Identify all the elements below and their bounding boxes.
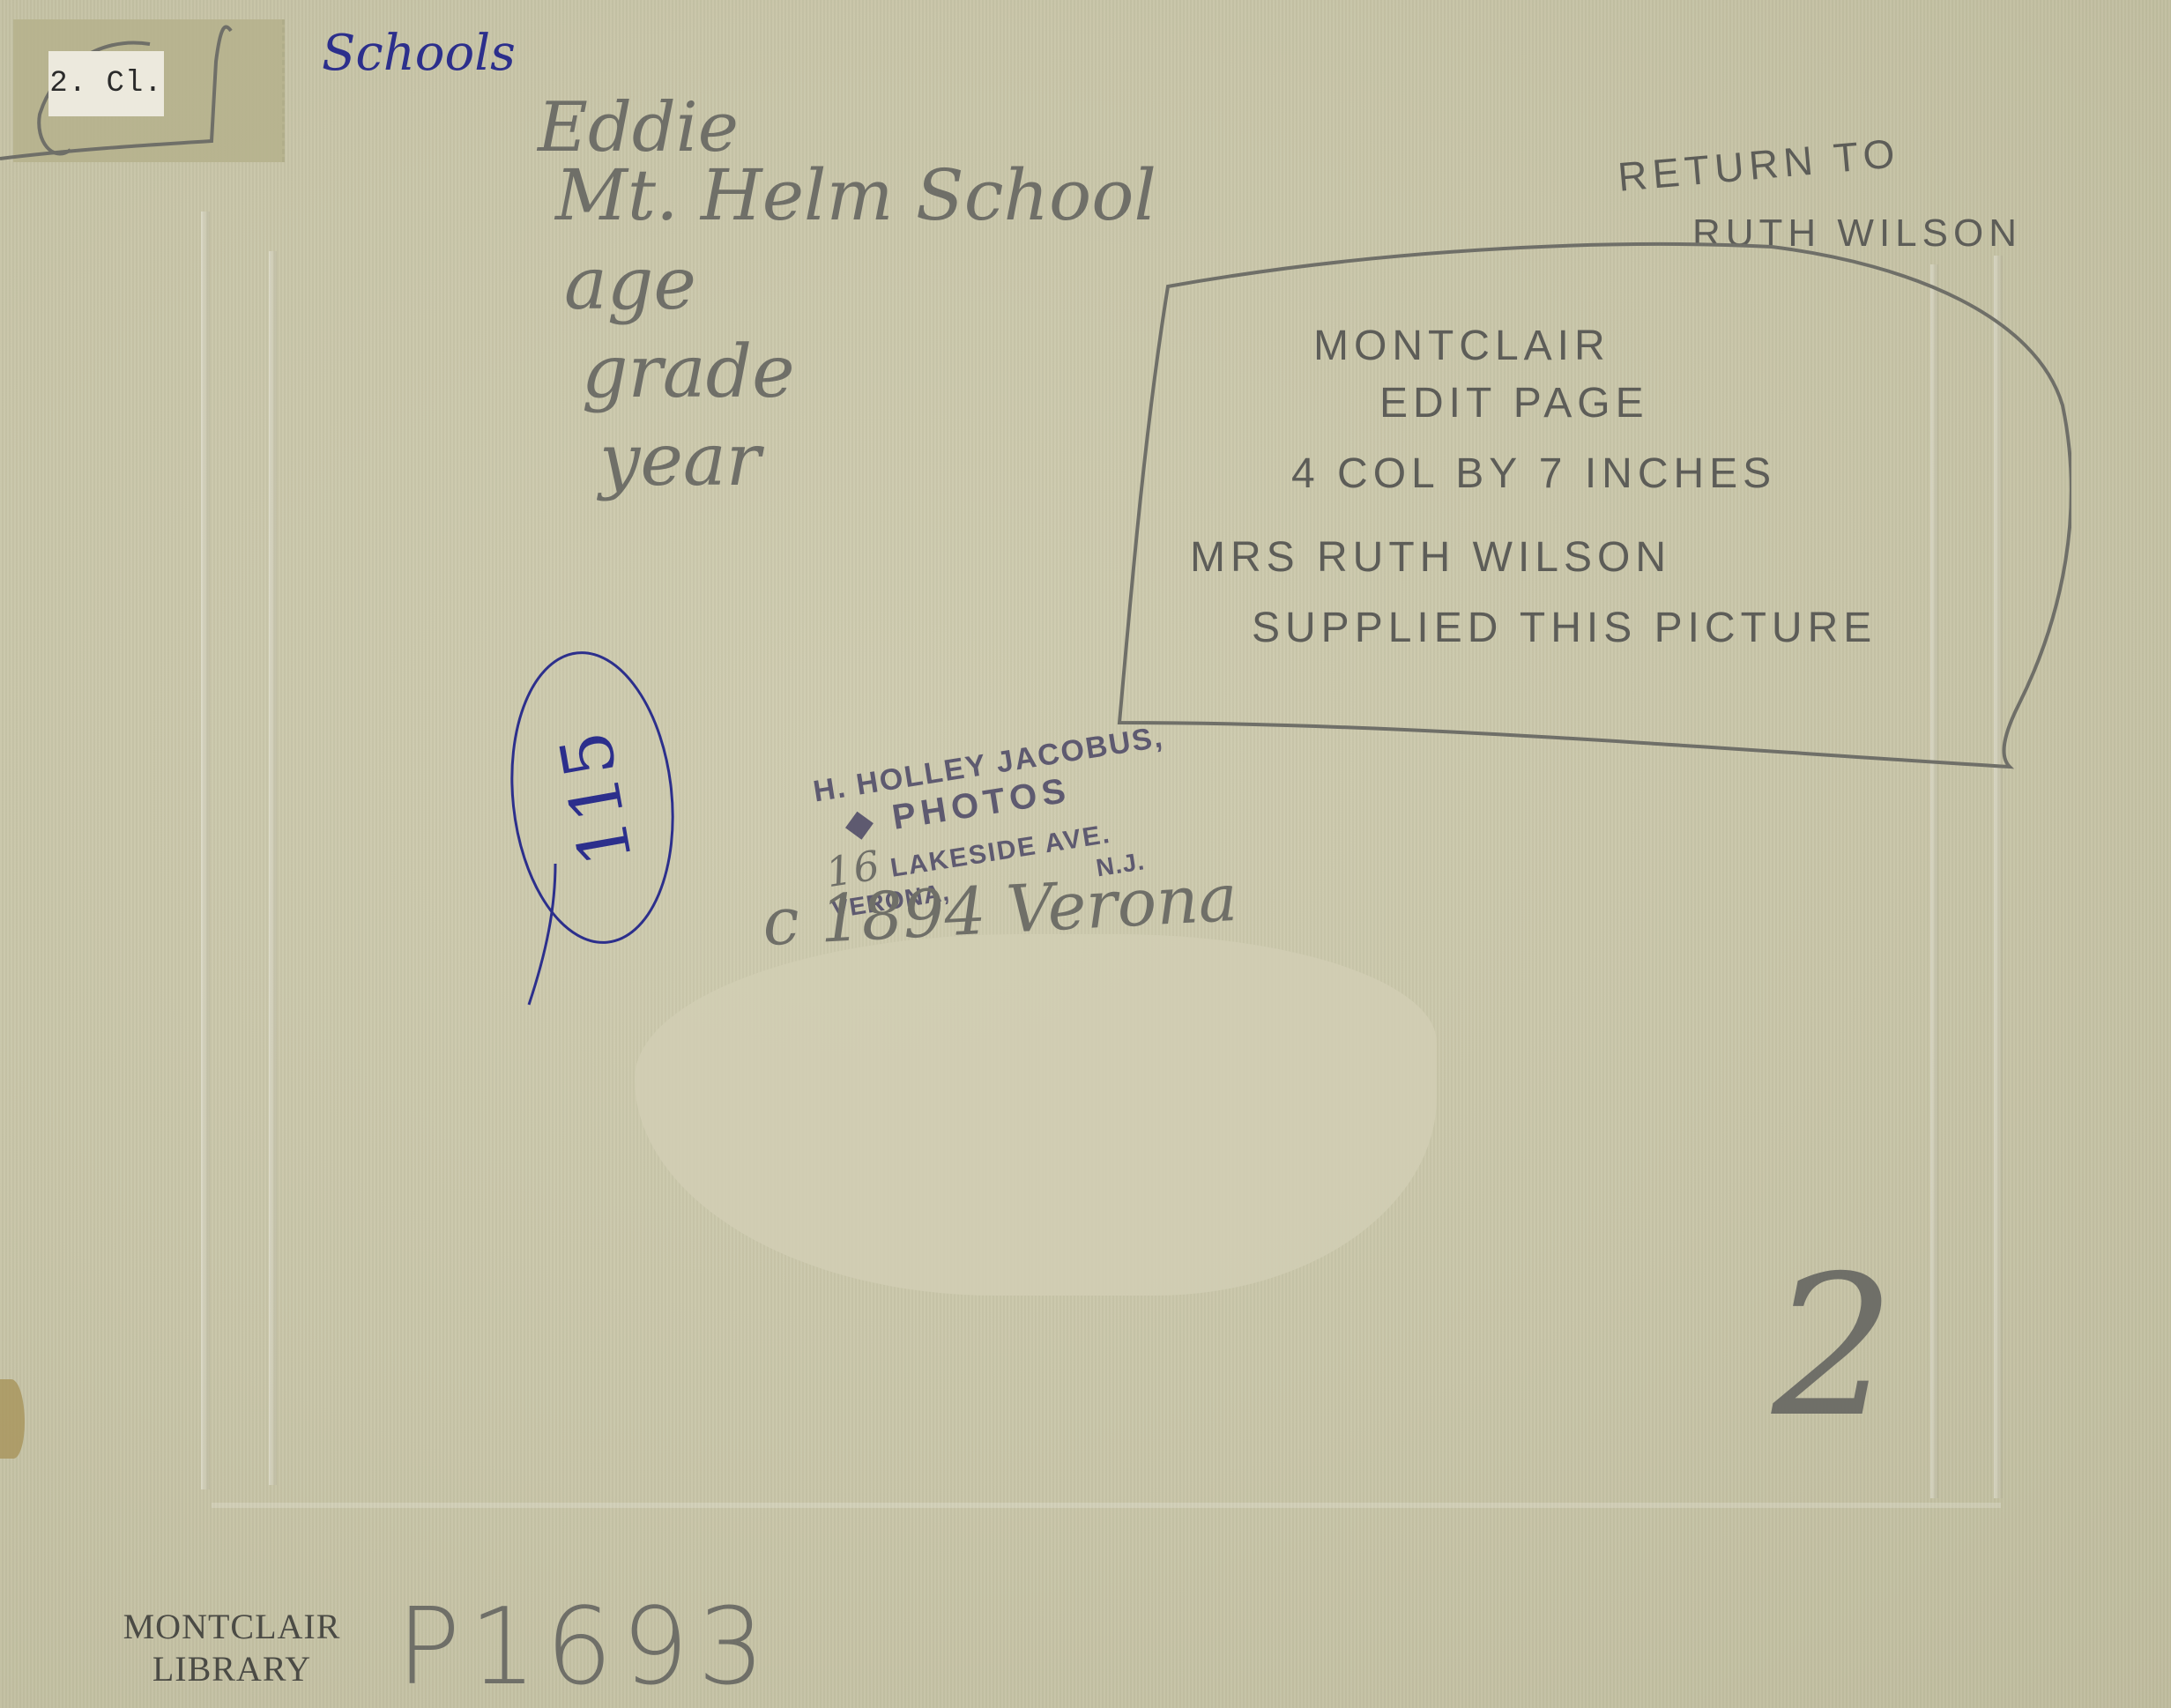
- instruction-line-1: MONTCLAIR: [1313, 322, 1610, 370]
- instruction-line-3: 4 COL BY 7 INCHES: [1291, 449, 1776, 498]
- diamond-ornament-icon: ◆: [843, 801, 881, 844]
- pencil-note-school: Mt. Helm School: [555, 154, 1156, 236]
- library-stamp-line1: MONTCLAIR: [113, 1606, 351, 1648]
- accession-number: P1693: [397, 1586, 774, 1708]
- pencil-note-year: year: [599, 419, 761, 502]
- corner-mark: 2: [1772, 1234, 1895, 1459]
- pencil-note-grade: grade: [582, 330, 795, 414]
- subject-heading: Schools: [322, 25, 516, 82]
- library-stamp-line2: LIBRARY: [113, 1648, 351, 1690]
- emboss-frame-left-inner: [269, 251, 277, 1485]
- library-stamp: MONTCLAIR LIBRARY: [113, 1606, 351, 1690]
- instruction-line-2: EDIT PAGE: [1379, 379, 1649, 427]
- emboss-frame-bottom: [212, 1503, 2001, 1508]
- pencil-note-age: age: [564, 242, 696, 326]
- instruction-line-4: MRS RUTH WILSON: [1190, 533, 1671, 582]
- catalog-label: 2. Cl.: [48, 51, 164, 116]
- emboss-frame-left-outer: [201, 212, 210, 1489]
- instruction-line-5: SUPPLIED THIS PICTURE: [1252, 604, 1877, 652]
- instruction-box-outline: [1102, 229, 2071, 793]
